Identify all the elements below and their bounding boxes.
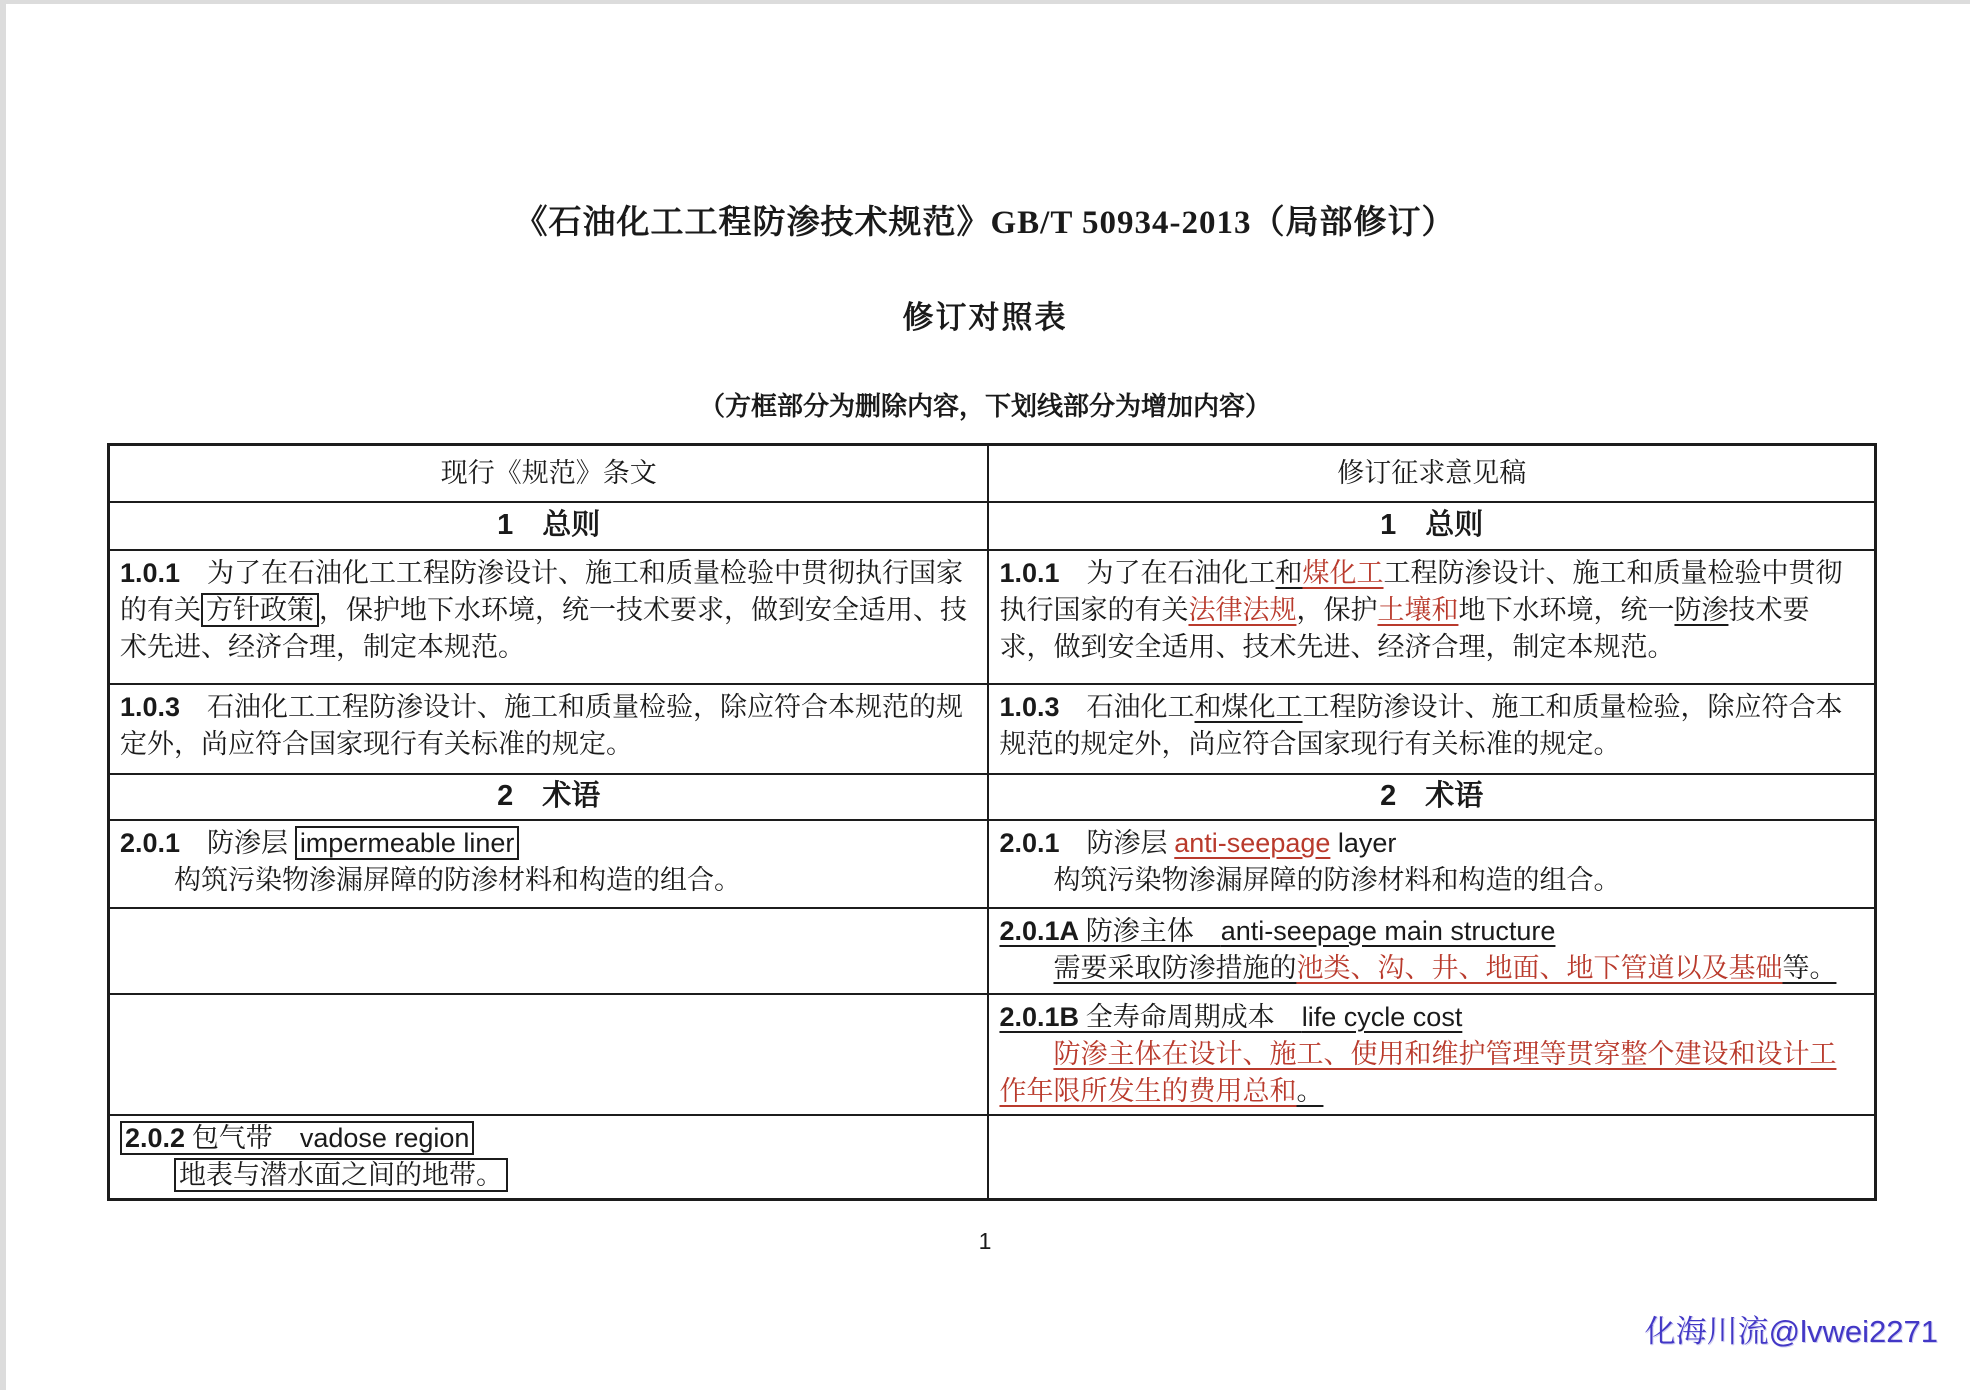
text-segment: 2.0.1B — [999, 1002, 1079, 1032]
text-segment: 方针政策 — [201, 593, 319, 627]
text-segment: 构筑污染物渗漏屏障的防渗材料和构造的组合。 — [1053, 865, 1620, 895]
section-row-general: 1 总则 1 总则 — [109, 502, 1876, 550]
paragraph: 需要采取防渗措施的池类、沟、井、地面、地下管道以及基础等。 — [999, 950, 1862, 987]
text-segment: 防渗层 — [180, 828, 295, 858]
section-terms-left: 2 术语 — [109, 774, 989, 820]
paragraph: 构筑污染物渗漏屏障的防渗材料和构造的组合。 — [999, 862, 1862, 899]
paragraph: 2.0.1B 全寿命周期成本 life cycle cost — [999, 999, 1862, 1036]
cell-2-0-2-revised — [988, 1115, 1875, 1200]
text-segment: vadose region — [300, 1123, 470, 1153]
section-general-right: 1 总则 — [988, 502, 1875, 550]
text-segment: ，保护 — [1296, 595, 1377, 625]
deleted-box: 地表与潜水面之间的地带。 — [174, 1158, 508, 1192]
watermark-text: 化海川流@lvwei2271 — [1645, 1306, 1938, 1351]
section-general-left: 1 总则 — [109, 502, 989, 550]
cell-1-0-1-current: 1.0.1 为了在石油化工工程防渗设计、施工和质量检验中贯彻执行国家的有关方针政… — [109, 550, 989, 684]
paragraph: 地表与潜水面之间的地带。 — [120, 1157, 975, 1194]
section-row-terms: 2 术语 2 术语 — [109, 774, 1876, 820]
text-segment: 1.0.1 — [999, 558, 1059, 588]
text-segment: 防渗 — [1674, 595, 1728, 625]
legend-note: （方框部分为删除内容，下划线部分为增加内容） — [0, 386, 1970, 423]
page-edge-top — [0, 0, 1970, 4]
text-segment: 为了在石油化工 — [1060, 558, 1276, 588]
text-segment: 包气带 — [185, 1123, 300, 1153]
document-subtitle: 修订对照表 — [0, 292, 1970, 337]
text-segment: 需要采取防渗措施的 — [1053, 953, 1296, 983]
text-segment: 池类、沟、井、地面、地下管道以及基础 — [1296, 953, 1782, 983]
text-segment: 地下水环境，统一 — [1458, 595, 1674, 625]
text-segment: 2.0.1 — [999, 828, 1059, 858]
text-segment: 2.0.2 — [125, 1123, 185, 1153]
header-current-code: 现行《规范》条文 — [109, 445, 989, 502]
page-number: 1 — [0, 1228, 1970, 1255]
cell-1-0-3-revised: 1.0.3 石油化工和煤化工工程防渗设计、施工和质量检验，除应符合本规范的规定外… — [988, 684, 1875, 774]
paragraph: 1.0.1 为了在石油化工和煤化工工程防渗设计、施工和质量检验中贯彻执行国家的有… — [999, 555, 1862, 666]
text-segment: 煤化工 — [1303, 558, 1384, 588]
text-segment: 全寿命周期成本 — [1079, 1002, 1302, 1032]
paragraph: 1.0.3 石油化工和煤化工工程防渗设计、施工和质量检验，除应符合本规范的规定外… — [999, 689, 1862, 763]
text-segment: life cycle cost — [1302, 1002, 1463, 1032]
text-segment: 。 — [1296, 1076, 1323, 1106]
text-segment: 防渗层 — [1060, 828, 1175, 858]
cell-1-0-3-current: 1.0.3 石油化工工程防渗设计、施工和质量检验，除应符合本规范的规定外，尚应符… — [109, 684, 989, 774]
text-segment: 和煤化工 — [1195, 692, 1303, 722]
row-2-0-1B: 2.0.1B 全寿命周期成本 life cycle cost防渗主体在设计、施工… — [109, 994, 1876, 1115]
text-segment: anti-seepage — [1174, 828, 1330, 858]
text-segment: 石油化工 — [1060, 692, 1195, 722]
text-segment: 2.0.1 — [120, 828, 180, 858]
text-segment: 2.0.1A — [999, 916, 1079, 946]
text-segment: anti-seepage main structure — [1221, 916, 1556, 946]
text-segment: layer — [1330, 828, 1396, 858]
text-segment: 1.0.3 — [120, 692, 180, 722]
section-terms-right: 2 术语 — [988, 774, 1875, 820]
cell-2-0-2-current: 2.0.2 包气带 vadose region地表与潜水面之间的地带。 — [109, 1115, 989, 1200]
text-segment: 1.0.1 — [120, 558, 180, 588]
cell-1-0-1-revised: 1.0.1 为了在石油化工和煤化工工程防渗设计、施工和质量检验中贯彻执行国家的有… — [988, 550, 1875, 684]
paragraph: 2.0.1 防渗层 impermeable liner — [120, 825, 975, 862]
text-segment: 土壤和 — [1377, 595, 1458, 625]
row-1-0-1: 1.0.1 为了在石油化工工程防渗设计、施工和质量检验中贯彻执行国家的有关方针政… — [109, 550, 1876, 684]
text-segment: 石油化工工程防渗设计、施工和质量检验，除应符合本规范的规定外，尚应符合国家现行有… — [120, 692, 963, 759]
document-page: 《石油化工工程防渗技术规范》GB/T 50934-2013（局部修订） 修订对照… — [0, 0, 1970, 1390]
cell-2-0-1B-current — [109, 994, 989, 1115]
paragraph: 2.0.1A 防渗主体 anti-seepage main structure — [999, 913, 1862, 950]
text-segment: 防渗主体在设计、施工、使用和维护管理等贯穿整个建设和设计工作年限所发生的费用总和 — [999, 1039, 1836, 1106]
text-segment: 地表与潜水面之间的地带。 — [179, 1160, 503, 1190]
row-2-0-1A: 2.0.1A 防渗主体 anti-seepage main structure需… — [109, 908, 1876, 994]
text-segment: 和 — [1276, 558, 1303, 588]
text-segment: 1.0.3 — [999, 692, 1059, 722]
paragraph: 防渗主体在设计、施工、使用和维护管理等贯穿整个建设和设计工作年限所发生的费用总和… — [999, 1036, 1862, 1110]
revision-comparison-table: 现行《规范》条文 修订征求意见稿 1 总则 1 总则 1.0.1 为了在石油化工… — [107, 443, 1877, 1201]
paragraph: 构筑污染物渗漏屏障的防渗材料和构造的组合。 — [120, 862, 975, 899]
text-segment: 法律法规 — [1188, 595, 1296, 625]
paragraph: 1.0.3 石油化工工程防渗设计、施工和质量检验，除应符合本规范的规定外，尚应符… — [120, 689, 975, 763]
cell-2-0-1B-revised: 2.0.1B 全寿命周期成本 life cycle cost防渗主体在设计、施工… — [988, 994, 1875, 1115]
row-2-0-1: 2.0.1 防渗层 impermeable liner构筑污染物渗漏屏障的防渗材… — [109, 820, 1876, 908]
cell-2-0-1A-current — [109, 908, 989, 994]
paragraph: 2.0.1 防渗层 anti-seepage layer — [999, 825, 1862, 862]
text-segment: 防渗主体 — [1079, 916, 1221, 946]
text-segment: impermeable liner — [295, 826, 520, 860]
header-revision-draft: 修订征求意见稿 — [988, 445, 1875, 502]
row-2-0-2: 2.0.2 包气带 vadose region地表与潜水面之间的地带。 — [109, 1115, 1876, 1200]
cell-2-0-1A-revised: 2.0.1A 防渗主体 anti-seepage main structure需… — [988, 908, 1875, 994]
paragraph: 2.0.2 包气带 vadose region — [120, 1120, 975, 1157]
paragraph: 1.0.1 为了在石油化工工程防渗设计、施工和质量检验中贯彻执行国家的有关方针政… — [120, 555, 975, 666]
deleted-box: 2.0.2 包气带 vadose region — [120, 1121, 474, 1155]
cell-2-0-1-revised: 2.0.1 防渗层 anti-seepage layer构筑污染物渗漏屏障的防渗… — [988, 820, 1875, 908]
table-header-row: 现行《规范》条文 修订征求意见稿 — [109, 445, 1876, 502]
cell-2-0-1-current: 2.0.1 防渗层 impermeable liner构筑污染物渗漏屏障的防渗材… — [109, 820, 989, 908]
document-title: 《石油化工工程防渗技术规范》GB/T 50934-2013（局部修订） — [0, 196, 1970, 243]
text-segment: 等。 — [1782, 953, 1836, 983]
row-1-0-3: 1.0.3 石油化工工程防渗设计、施工和质量检验，除应符合本规范的规定外，尚应符… — [109, 684, 1876, 774]
text-segment: 构筑污染物渗漏屏障的防渗材料和构造的组合。 — [174, 865, 741, 895]
